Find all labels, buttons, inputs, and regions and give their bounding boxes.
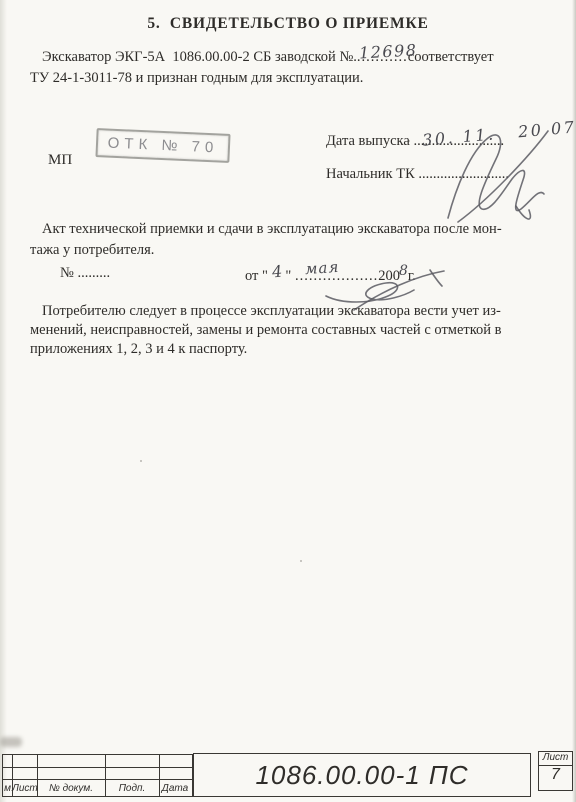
scan-left-edge <box>0 0 7 802</box>
chief-signature-scrawl <box>430 126 552 228</box>
acceptance-line-1: Экскаватор ЭКГ-5А 1086.00.00-2 СБ заводс… <box>30 47 570 68</box>
scan-speck <box>300 560 302 562</box>
title-block-row-divider <box>3 767 192 768</box>
consumer-paragraph: Потребителю следует в процессе эксплуата… <box>30 302 570 359</box>
act-paragraph: Акт технической приемки и сдачи в эксплу… <box>30 219 570 261</box>
mp-seal-label: МП <box>48 152 72 169</box>
sheet-number: 7 <box>539 766 572 784</box>
title-block-sheet-box: Лист 7 <box>538 751 573 791</box>
act-quote-close: " <box>282 268 295 284</box>
title-block-row-divider <box>3 779 192 780</box>
consumer-line-1: Потребителю следует в процессе эксплуата… <box>30 302 570 321</box>
title-block-revision-table: м Лист № докум. Подп. Дата <box>2 754 193 797</box>
consumer-line-3: приложениях 1, 2, 3 и 4 к паспорту. <box>30 340 570 359</box>
acceptance-line-2: ТУ 24-1-3011-78 и признан годным для экс… <box>30 68 570 89</box>
acceptance-text-after-serial: соответствует <box>408 49 494 65</box>
title-block-doc-number-box: 1086.00.00-1 ПС <box>193 753 531 797</box>
act-from-label: от " <box>245 268 272 284</box>
sheet-label: Лист <box>539 752 572 763</box>
act-line-2: тажа у потребителя. <box>30 240 570 261</box>
otk-quality-stamp: ОТК № 70 <box>95 128 230 163</box>
column-header-izm: м <box>3 783 12 794</box>
column-header-podp: Подп. <box>105 783 159 794</box>
act-number-field: № ......... <box>60 265 110 282</box>
column-header-data: Дата <box>159 783 191 794</box>
document-number: 1086.00.00-1 ПС <box>255 760 468 791</box>
column-header-dokum: № докум. <box>37 783 105 794</box>
serial-number-handwritten: 12698 <box>358 39 417 63</box>
scanned-passport-page: { "page": { "title": "5.\u00a0 СВИДЕТЕЛЬ… <box>0 0 576 802</box>
issue-date-label: Дата выпуска <box>326 133 410 149</box>
serial-dotted-field: ...........12698 <box>357 47 408 68</box>
consumer-line-2: менений, неисправностей, замены и ремонт… <box>30 321 570 340</box>
column-header-list: Лист <box>12 783 37 794</box>
act-day-handwritten: 4 <box>271 262 283 282</box>
acceptance-paragraph: Экскаватор ЭКГ-5А 1086.00.00-2 СБ заводс… <box>30 47 570 89</box>
section-title: 5. СВИДЕТЕЛЬСТВО О ПРИЕМКЕ <box>0 15 576 33</box>
scan-speck <box>140 460 142 462</box>
chief-tk-label: Начальник ТК <box>326 166 415 182</box>
acceptance-text-before-serial: Экскаватор ЭКГ-5А 1086.00.00-2 СБ заводс… <box>42 49 357 65</box>
act-line-1: Акт технической приемки и сдачи в эксплу… <box>30 219 570 240</box>
scan-smudge <box>0 737 22 747</box>
